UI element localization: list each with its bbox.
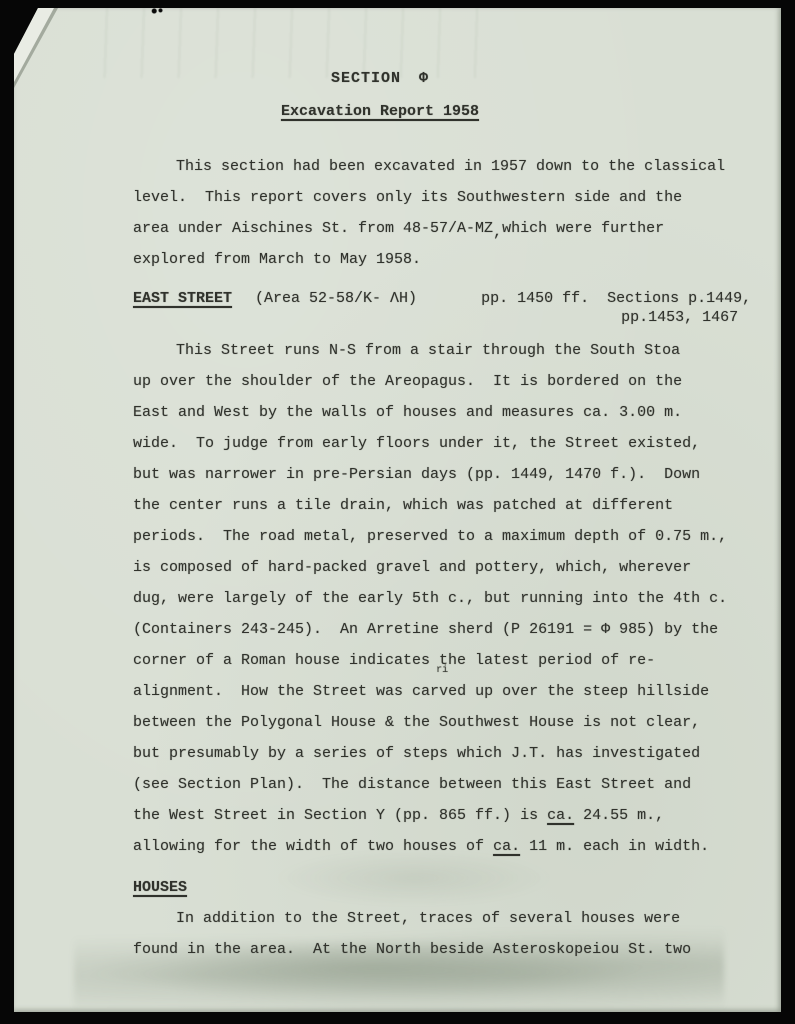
text-line: wide. To judge from early floors under i… (133, 428, 745, 459)
east-street-heading: EAST STREET (133, 289, 232, 308)
section-label: SECTION (331, 70, 401, 87)
text-segment: 11 m. each in width. (520, 838, 709, 855)
text-line: periods. The road metal, preserved to a … (133, 521, 745, 552)
text-line: area under Aischines St. from 48-57/A-MZ… (133, 213, 745, 244)
typed-letter: v (439, 683, 448, 700)
text-line: allowing for the width of two houses of … (133, 831, 745, 862)
text-segment: ed up over the steep hillside (448, 683, 709, 700)
houses-heading: HOUSES (133, 872, 745, 903)
text-line: found in the area. At the North beside A… (133, 934, 745, 965)
text-line: the center runs a tile drain, which was … (133, 490, 745, 521)
text-line: is composed of hard-packed gravel and po… (133, 552, 745, 583)
page-reference-line: pp.1453, 1467 (481, 308, 751, 327)
text-line: the West Street in Section Y (pp. 865 ff… (133, 800, 745, 831)
text-line: up over the shoulder of the Areopagus. I… (133, 366, 745, 397)
text-line: This section had been excavated in 1957 … (133, 151, 745, 182)
text-line: (Containers 243-245). An Arretine sherd … (133, 614, 745, 645)
houses-paragraph: In addition to the Street, traces of sev… (133, 903, 745, 965)
text-line: between the Polygonal House & the Southw… (133, 707, 745, 738)
text-line: but presumably by a series of steps whic… (133, 738, 745, 769)
text-line: but was narrower in pre-Persian days (pp… (133, 459, 745, 490)
text-line: explored from March to May 1958. (133, 244, 745, 275)
document-content: SECTIONΦ Excavation Report 1958 This sec… (14, 8, 781, 965)
text-segment: which were further (502, 220, 664, 237)
underlined-ca: ca. (547, 807, 574, 824)
text-segment: area under Aischines St. from 48-57/A-MZ (133, 220, 493, 237)
report-title: Excavation Report 1958 (133, 87, 627, 120)
text-segment: allowing for the width of two houses of (133, 838, 493, 855)
east-street-area-reference: (Area 52-58/K- ΛΗ) (255, 289, 417, 308)
scan-background: SECTIONΦ Excavation Report 1958 This sec… (0, 0, 795, 1024)
intro-paragraph: This section had been excavated in 1957 … (133, 151, 745, 275)
overtyped-letter: riv (439, 676, 448, 707)
underlined-ca: ca. (493, 838, 520, 855)
text-line: dug, were largely of the early 5th c., b… (133, 583, 745, 614)
text-line: (see Section Plan). The distance between… (133, 769, 745, 800)
page-references: pp. 1450 ff. Sections p.1449, pp.1453, 1… (481, 289, 751, 327)
text-line: level. This report covers only its South… (133, 182, 745, 213)
section-phi-symbol: Φ (419, 70, 429, 87)
east-street-paragraph: This Street runs N-S from a stair throug… (133, 335, 745, 862)
typed-low-comma: , (493, 217, 502, 248)
text-segment: alignment. How the Street was car (133, 683, 439, 700)
text-segment: the West Street in Section Y (pp. 865 ff… (133, 807, 547, 824)
text-line: East and West by the walls of houses and… (133, 397, 745, 428)
text-line-with-correction: alignment. How the Street was carrived u… (133, 676, 745, 707)
page-reference-line: pp. 1450 ff. Sections p.1449, (481, 289, 751, 308)
text-segment: 24.55 m., (574, 807, 664, 824)
text-line: This Street runs N-S from a stair throug… (133, 335, 745, 366)
document-page: SECTIONΦ Excavation Report 1958 This sec… (14, 8, 781, 1012)
east-street-heading-row: EAST STREET (Area 52-58/K- ΛΗ) pp. 1450 … (133, 289, 745, 327)
section-title: SECTIONΦ (133, 8, 627, 87)
text-line: In addition to the Street, traces of sev… (133, 903, 745, 934)
handwritten-correction: ri (436, 666, 448, 676)
